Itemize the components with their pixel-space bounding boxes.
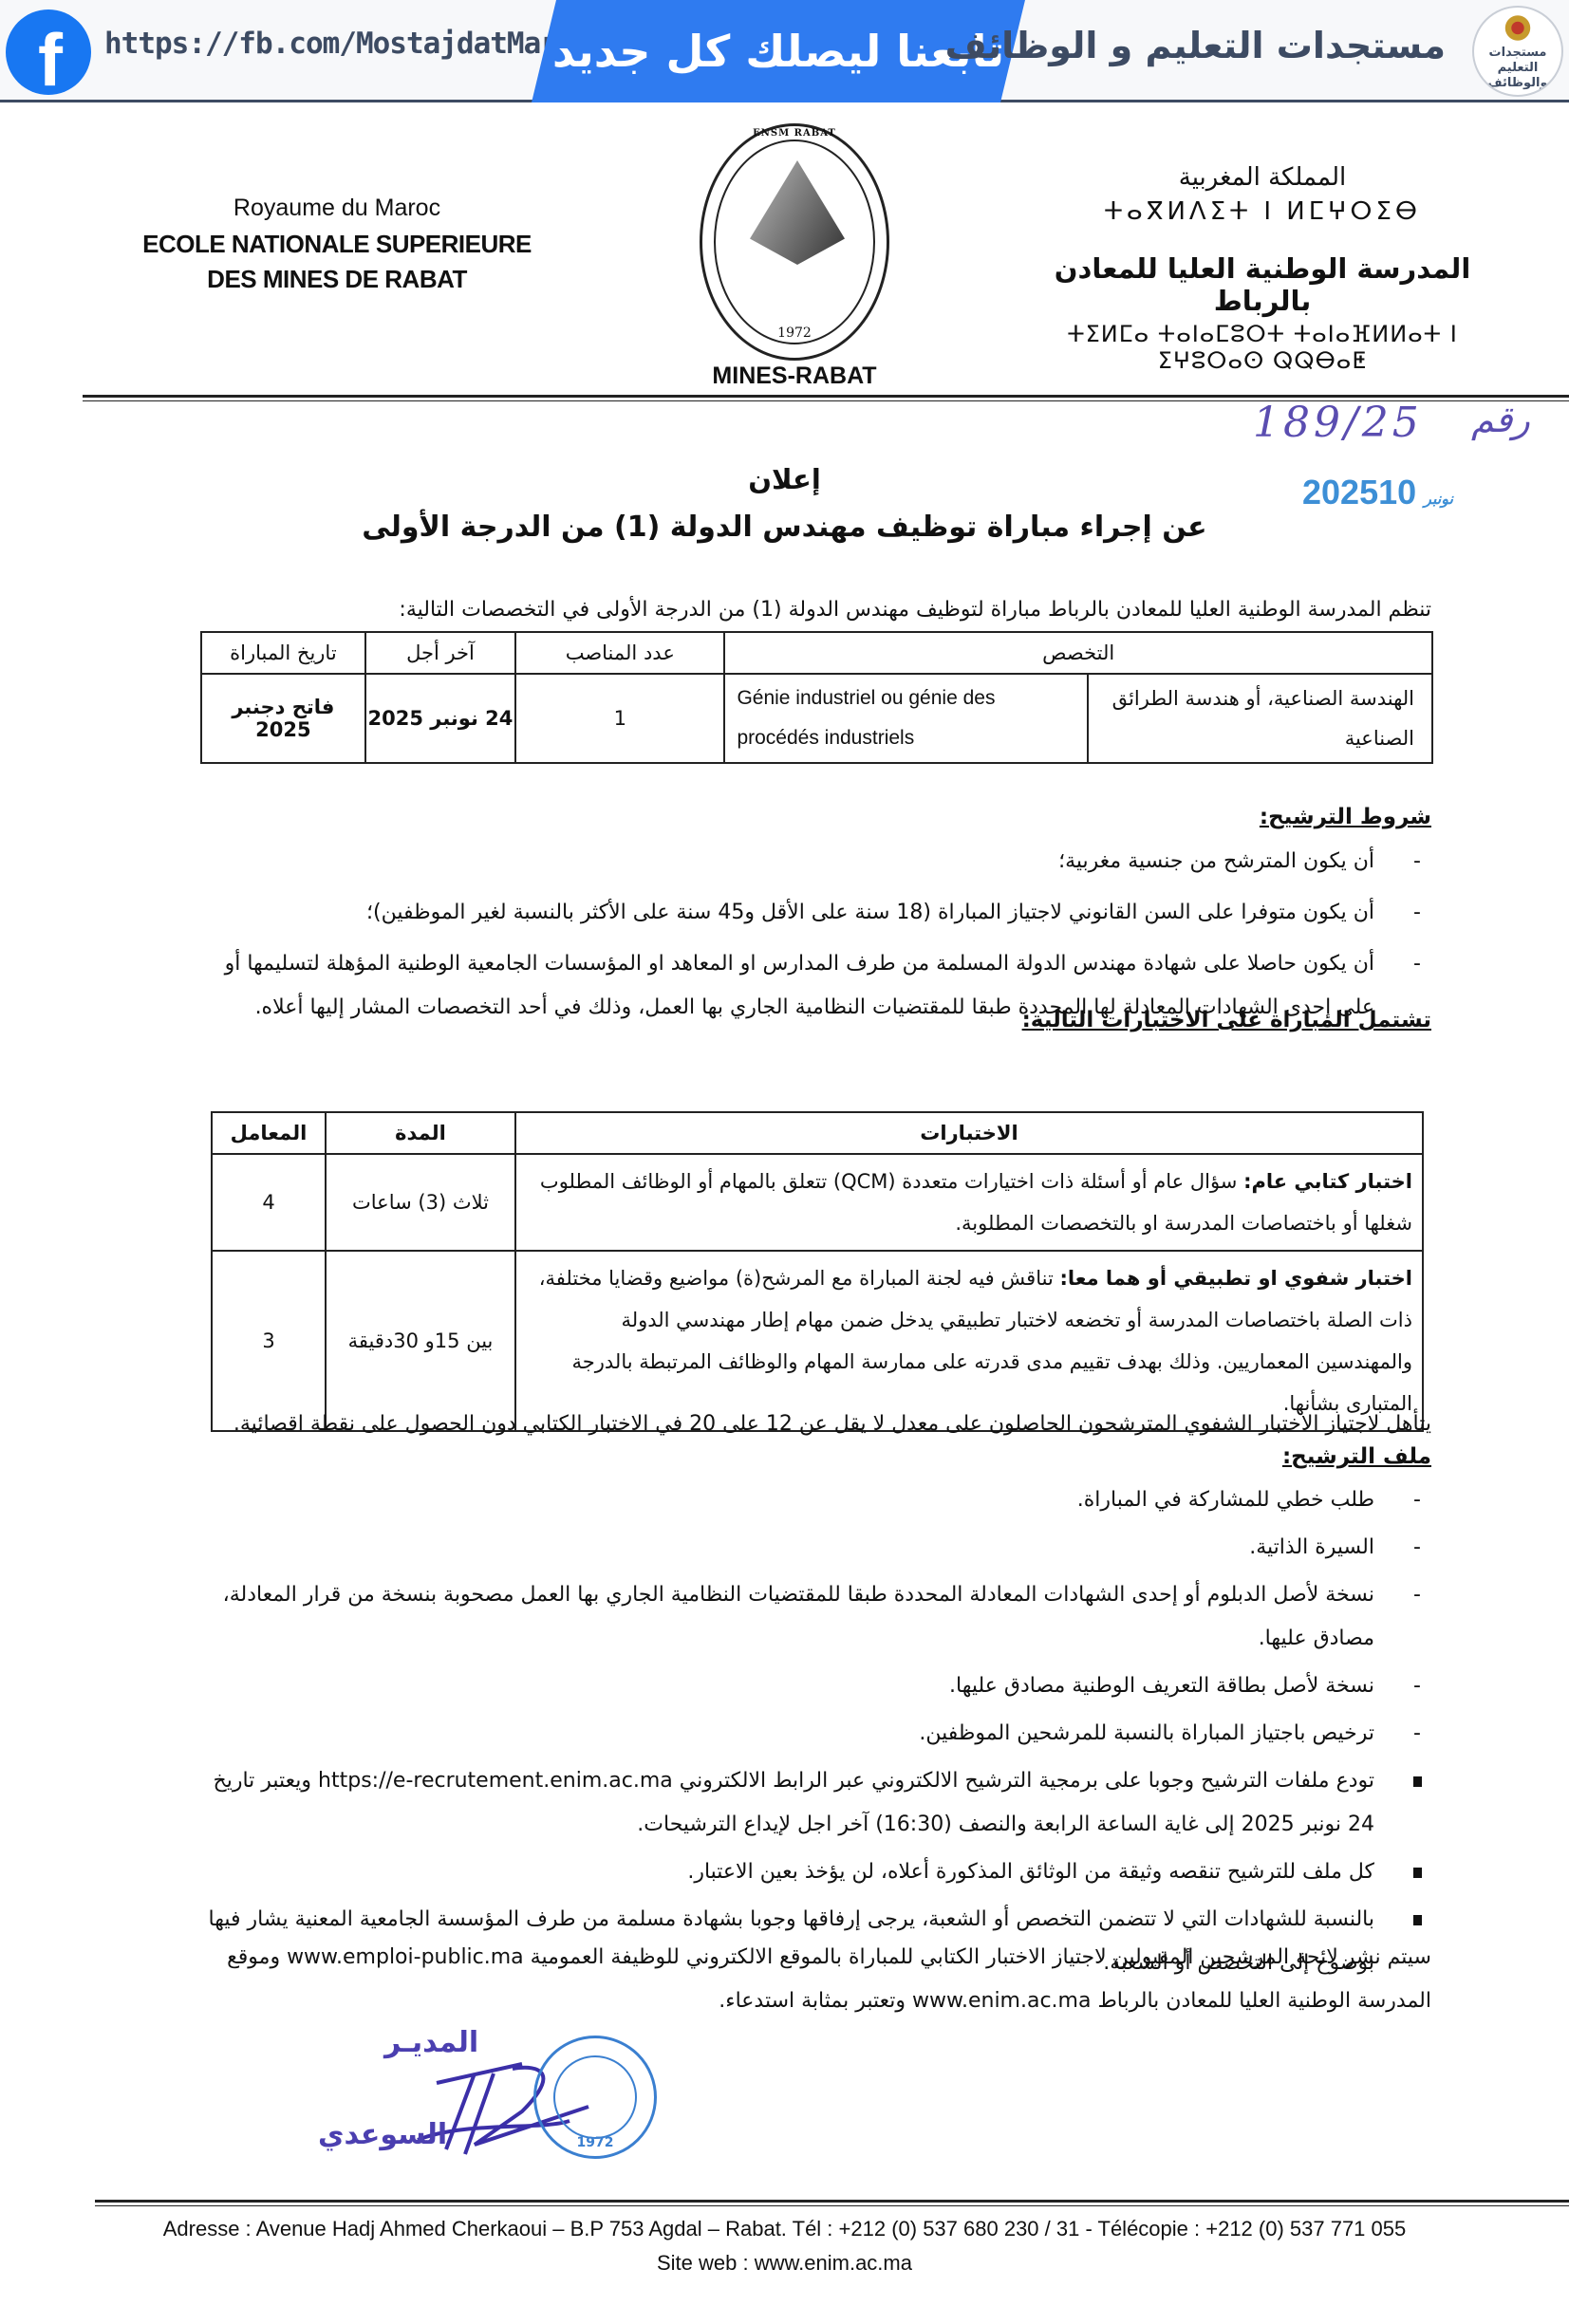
- tests-table: الاختبارات المدة المعامل اختبار كتابي عا…: [211, 1111, 1424, 1432]
- director-name: السوعدي: [318, 2118, 447, 2151]
- positions-count: 1: [515, 674, 724, 763]
- official-seal: 1972: [533, 2036, 657, 2159]
- specialties-table: التخصص عدد المناصب آخر أجل تاريخ المبارا…: [200, 631, 1433, 764]
- incomplete-file-note: كل ملف للترشيح تنقصه وثيقة من الوثائق ال…: [687, 1860, 1374, 1884]
- doc-request: طلب خطي للمشاركة في المباراة.: [1077, 1488, 1374, 1512]
- letterhead-french: Royaume du Maroc ECOLE NATIONALE SUPERIE…: [133, 195, 541, 300]
- application-file-list: -طلب خطي للمشاركة في المباراة. -السيرة ا…: [190, 1478, 1431, 1985]
- announcement-subtitle: عن إجراء مباراة توظيف مهندس الدولة (1) م…: [0, 511, 1569, 544]
- site-logo: مستجدات التعليم والوظائف: [1472, 6, 1563, 97]
- header-tests: الاختبارات: [515, 1112, 1423, 1154]
- list-item: -أن يكون المترشح من جنسية مغربية؛: [190, 840, 1431, 883]
- letterhead-arabic: المملكة المغربية ⵜⴰⴳⵍⴷⵉⵜ ⵏ ⵍⵎⵖⵔⵉⴱ المدرس…: [1025, 163, 1500, 374]
- emblem-year: 1972: [702, 325, 887, 341]
- logo-text-line2: والوظائف: [1474, 76, 1561, 91]
- deadline: 24 نونبر 2025: [365, 674, 515, 763]
- logo-text-line1: مستجدات التعليم: [1474, 46, 1561, 76]
- list-item: -السيرة الذاتية.: [190, 1526, 1431, 1570]
- reference-number: 189/25: [1253, 399, 1423, 447]
- oral-eligibility-note: يتأهل لاجتياز الاختبار الشفوي المترشحون …: [190, 1403, 1431, 1446]
- header-specialty: التخصص: [724, 632, 1432, 674]
- table-header-row: الاختبارات المدة المعامل: [212, 1112, 1423, 1154]
- test-written: اختبار كتابي عام: سؤال عام أو أسئلة ذات …: [515, 1154, 1423, 1251]
- publication-note: سيتم نشر لائحة المرشحين المقبولين لاجتيا…: [190, 1936, 1431, 2023]
- doc-authorization: ترخيص باجتياز المباراة بالنسبة للمرشحين …: [919, 1721, 1374, 1745]
- header-duration: المدة: [326, 1112, 515, 1154]
- list-item: كل ملف للترشيح تنقصه وثيقة من الوثائق ال…: [190, 1850, 1431, 1894]
- test-label: اختبار شفوي او تطبيقي أو هما معا:: [1059, 1267, 1412, 1290]
- list-item: -ترخيص باجتياز المباراة بالنسبة للمرشحين…: [190, 1712, 1431, 1756]
- application-file-title: ملف الترشيح:: [1282, 1444, 1431, 1469]
- list-item: -أن يكون متوفرا على السن القانوني لاجتيا…: [190, 891, 1431, 935]
- test-duration: ثلاث (3) ساعات: [326, 1154, 515, 1251]
- doc-id-card: نسخة لأصل بطاقة التعريف الوطنية مصادق عل…: [949, 1674, 1374, 1698]
- test-coefficient: 4: [212, 1154, 326, 1251]
- table-row: اختبار كتابي عام: سؤال عام أو أسئلة ذات …: [212, 1154, 1423, 1251]
- dash-bullet: -: [1403, 891, 1431, 935]
- list-item: -طلب خطي للمشاركة في المباراة.: [190, 1478, 1431, 1522]
- specialty-ar: الهندسة الصناعية، أو هندسة الطرائق الصنا…: [1088, 674, 1432, 763]
- doc-cv: السيرة الذاتية.: [1249, 1535, 1374, 1559]
- dash-bullet: -: [1403, 1712, 1431, 1756]
- list-item: -نسخة لأصل الدبلوم أو إحدى الشهادات المع…: [190, 1573, 1431, 1661]
- school-name-tifinagh: ⵜⵉⵍⵎⴰ ⵜⴰⵏⴰⵎⵓⵔⵜ ⵜⴰⵏⴰⴼⵍⵍⴰⵜ ⵏ ⵉⵖⵓⵔⴰⵙ ⵕⵕⴱⴰⵟ: [1025, 321, 1500, 374]
- header-coefficient: المعامل: [212, 1112, 326, 1154]
- doc-diploma: نسخة لأصل الدبلوم أو إحدى الشهادات المعا…: [223, 1583, 1374, 1650]
- kingdom-ar: المملكة المغربية: [1025, 163, 1500, 192]
- reference-label: رقم: [1471, 399, 1530, 440]
- table-header-row: التخصص عدد المناصب آخر أجل تاريخ المبارا…: [201, 632, 1432, 674]
- seal-inner-ring: [553, 2055, 637, 2139]
- facebook-icon[interactable]: f: [6, 9, 91, 95]
- follow-text: تابعنا ليصلك كل جديد: [552, 26, 1004, 77]
- seal-year: 1972: [536, 2135, 654, 2150]
- exam-date: فاتح دجنبر 2025: [201, 674, 365, 763]
- footer-divider: [95, 2200, 1569, 2206]
- list-item: تودع ملفات الترشيح وجوبا على برمجية التر…: [190, 1759, 1431, 1847]
- list-item: -نسخة لأصل بطاقة التعريف الوطنية مصادق ع…: [190, 1664, 1431, 1708]
- condition-age: أن يكون متوفرا على السن القانوني لاجتياز…: [366, 901, 1374, 924]
- school-name-fr-1: ECOLE NATIONALE SUPERIEURE: [133, 230, 541, 259]
- emblem-label: MINES-RABAT: [700, 363, 889, 390]
- facebook-link[interactable]: https://fb.com/MostajdatMaroc: [104, 27, 590, 61]
- conditions-title: شروط الترشيح:: [1260, 805, 1431, 829]
- dash-bullet: -: [1403, 1478, 1431, 1522]
- emblem-ring-text: ENSM RABAT: [702, 128, 887, 139]
- dash-bullet: -: [1403, 942, 1431, 986]
- dash-bullet: -: [1403, 1573, 1431, 1617]
- tests-title: تشتمل المباراة على الاختبارات التالية:: [1022, 1008, 1431, 1032]
- kingdom-fr: Royaume du Maroc: [133, 195, 541, 222]
- kingdom-tifinagh: ⵜⴰⴳⵍⴷⵉⵜ ⵏ ⵍⵎⵖⵔⵉⴱ: [1025, 197, 1500, 226]
- square-bullet: [1403, 1850, 1431, 1894]
- square-bullet: [1403, 1759, 1431, 1803]
- conditions-list: -أن يكون المترشح من جنسية مغربية؛ -أن يك…: [190, 840, 1431, 1030]
- condition-nationality: أن يكون المترشح من جنسية مغربية؛: [1058, 849, 1374, 873]
- footer-address: Adresse : Avenue Hadj Ahmed Cherkaoui – …: [0, 2217, 1569, 2241]
- table-row: الهندسة الصناعية، أو هندسة الطرائق الصنا…: [201, 674, 1432, 763]
- site-name: مستجدات التعليم و الوظائف: [945, 25, 1446, 66]
- header-positions: عدد المناصب: [515, 632, 724, 674]
- intro-paragraph: تنظم المدرسة الوطنية العليا للمعادن بالر…: [190, 596, 1431, 624]
- dash-bullet: -: [1403, 1526, 1431, 1570]
- dash-bullet: -: [1403, 1664, 1431, 1708]
- promo-banner: f https://fb.com/MostajdatMaroc تابعنا ل…: [0, 0, 1569, 102]
- header-deadline: آخر أجل: [365, 632, 515, 674]
- footer-website: Site web : www.enim.ac.ma: [0, 2251, 1569, 2276]
- coat-of-arms-icon: [1504, 15, 1531, 44]
- announcement-title: إعلان: [0, 463, 1569, 495]
- test-label: اختبار كتابي عام:: [1243, 1170, 1412, 1193]
- school-name-ar: المدرسة الوطنية العليا للمعادن بالرباط: [1025, 252, 1500, 317]
- header-exam-date: تاريخ المباراة: [201, 632, 365, 674]
- school-name-fr-2: DES MINES DE RABAT: [133, 265, 541, 294]
- school-emblem: ENSM RABAT 1972: [700, 123, 889, 361]
- specialty-fr: Génie industriel ou génie des procédés i…: [724, 674, 1087, 763]
- dash-bullet: -: [1403, 840, 1431, 883]
- submission-instructions: تودع ملفات الترشيح وجوبا على برمجية التر…: [214, 1769, 1375, 1836]
